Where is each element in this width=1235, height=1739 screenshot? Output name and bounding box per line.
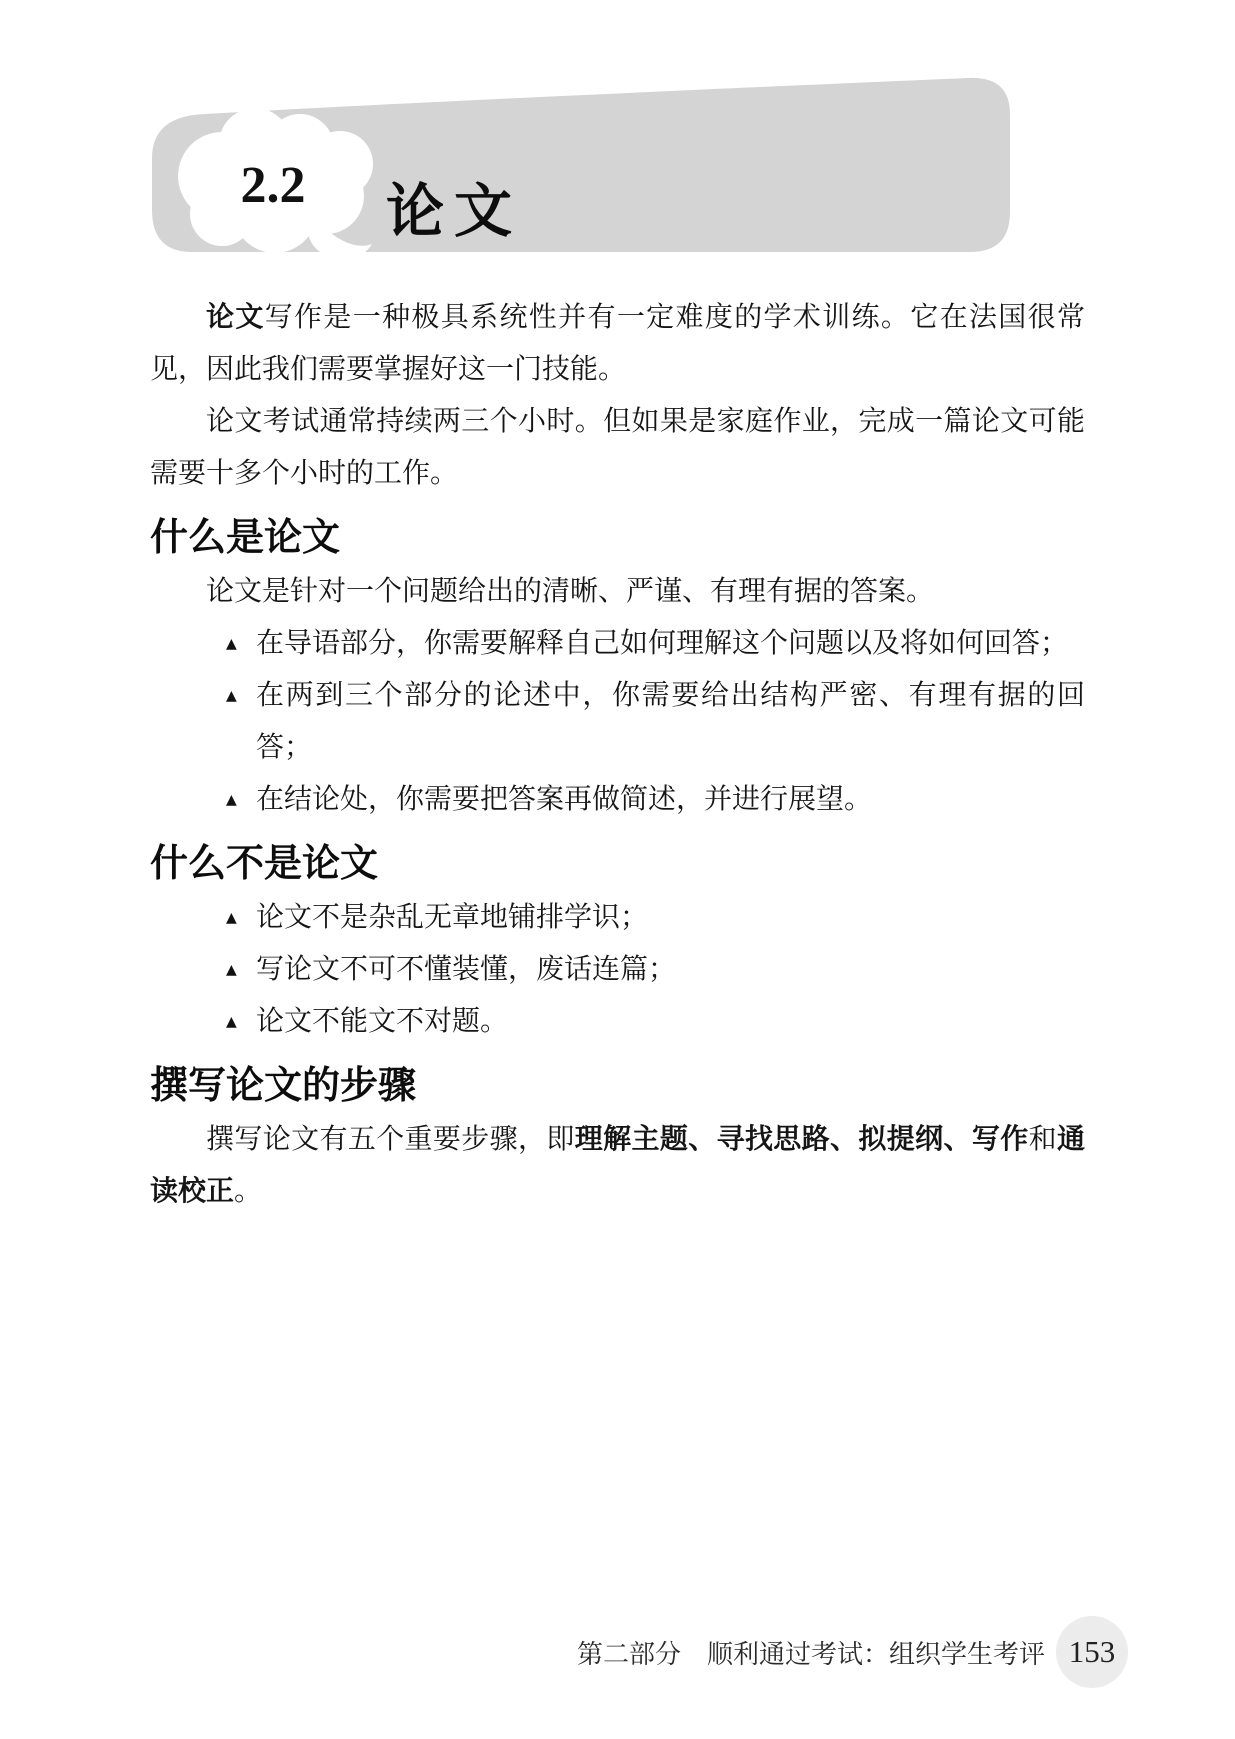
section-heading-what-is: 什么是论文 [150, 510, 1085, 566]
bullet-text: 论文不能文不对题。 [256, 996, 1085, 1048]
chapter-number: 2.2 [208, 156, 338, 215]
bullet-text: 论文不是杂乱无章地铺排学识； [256, 892, 1085, 944]
footer-book-section-title: 顺利通过考试：组织学生考评 [707, 1639, 1045, 1669]
bullet-text: 在导语部分，你需要解释自己如何理解这个问题以及将如何回答； [256, 618, 1085, 670]
page-number-badge: 153 [1056, 1616, 1128, 1688]
list-item: ▲ 论文不是杂乱无章地铺排学识； [226, 892, 1085, 944]
triangle-bullet-icon: ▲ [226, 944, 256, 996]
steps-paragraph: 撰写论文有五个重要步骤，即理解主题、寻找思路、拟提纲、写作和通读校正。 [150, 1114, 1085, 1218]
triangle-bullet-icon: ▲ [226, 670, 256, 774]
list-item: ▲ 在两到三个部分的论述中，你需要给出结构严密、有理有据的回答； [226, 670, 1085, 774]
what-is-bullet-list: ▲ 在导语部分，你需要解释自己如何理解这个问题以及将如何回答； ▲ 在两到三个部… [150, 618, 1085, 826]
list-item: ▲ 在结论处，你需要把答案再做简述，并进行展望。 [226, 774, 1085, 826]
list-item: ▲ 写论文不可不懂装懂，废话连篇； [226, 944, 1085, 996]
triangle-bullet-icon: ▲ [226, 618, 256, 670]
bullet-text: 在结论处，你需要把答案再做简述，并进行展望。 [256, 774, 1085, 826]
triangle-bullet-icon: ▲ [226, 774, 256, 826]
book-page: 2.2 论文 论文写作是一种极具系统性并有一定难度的学术训练。它在法国很常见，因… [0, 0, 1235, 1739]
intro-paragraph-2: 论文考试通常持续两三个小时。但如果是家庭作业，完成一篇论文可能需要十多个小时的工… [150, 396, 1085, 500]
what-is-not-bullet-list: ▲ 论文不是杂乱无章地铺排学识； ▲ 写论文不可不懂装懂，废话连篇； ▲ 论文不… [150, 892, 1085, 1048]
chapter-banner: 2.2 论文 [150, 76, 1012, 254]
bullet-text: 写论文不可不懂装懂，废话连篇； [256, 944, 1085, 996]
page-footer: 第二部分顺利通过考试：组织学生考评 [577, 1634, 1045, 1674]
list-item: ▲ 在导语部分，你需要解释自己如何理解这个问题以及将如何回答； [226, 618, 1085, 670]
footer-part-label: 第二部分 [577, 1639, 681, 1669]
triangle-bullet-icon: ▲ [226, 996, 256, 1048]
what-is-lead-paragraph: 论文是针对一个问题给出的清晰、严谨、有理有据的答案。 [150, 566, 1085, 618]
bullet-text: 在两到三个部分的论述中，你需要给出结构严密、有理有据的回答； [256, 670, 1085, 774]
chapter-title: 论文 [386, 164, 522, 248]
page-body: 论文写作是一种极具系统性并有一定难度的学术训练。它在法国很常见，因此我们需要掌握… [150, 292, 1085, 1218]
list-item: ▲ 论文不能文不对题。 [226, 996, 1085, 1048]
section-heading-what-is-not: 什么不是论文 [150, 836, 1085, 892]
intro-paragraph-1: 论文写作是一种极具系统性并有一定难度的学术训练。它在法国很常见，因此我们需要掌握… [150, 292, 1085, 396]
triangle-bullet-icon: ▲ [226, 892, 256, 944]
section-heading-steps: 撰写论文的步骤 [150, 1058, 1085, 1114]
